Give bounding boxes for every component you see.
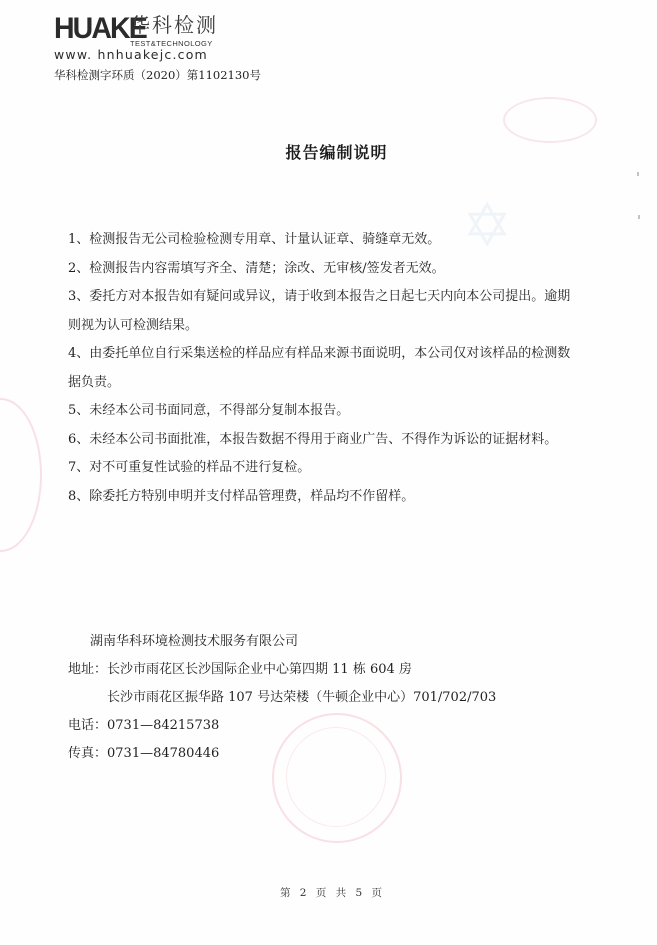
address-line-2: 长沙市雨花区振华路 107 号达荣楼（牛顿企业中心）701/702/703 [68, 684, 608, 712]
list-item: 3、委托方对本报告如有疑问或异议，请于收到本报告之日起七天内向本公司提出。逾期则… [68, 283, 588, 340]
address-line-1: 长沙市雨花区长沙国际企业中心第四期 11 栋 604 房 [107, 662, 412, 677]
list-item-text: 6、未经本公司书面批准，本报告数据不得用于商业广告、不得作为诉讼的证据材料。 [68, 432, 557, 447]
phone-label: 电话： [68, 718, 107, 733]
edge-speck [638, 215, 640, 219]
list-item-text: 7、对不可重复性试验的样品不进行复检。 [68, 460, 310, 475]
company-name: 湖南华科环境检测技术服务有限公司 [68, 628, 608, 656]
list-item: 5、未经本公司书面同意，不得部分复制本报告。 [68, 397, 588, 426]
list-item: 1、检测报告无公司检验检测专用章、计量认证章、骑缝章无效。 [68, 226, 588, 255]
phone-number: 0731—84215738 [107, 718, 219, 733]
fax-row: 传真：0731—84780446 [68, 740, 608, 768]
phone-row: 电话：0731—84215738 [68, 712, 608, 740]
company-website: www. hnhuakejc.com [54, 47, 208, 62]
report-notes-list: 1、检测报告无公司检验检测专用章、计量认证章、骑缝章无效。 2、检测报告内容需填… [68, 226, 588, 511]
document-number: 华科检测字环质（2020）第1102130号 [54, 67, 261, 83]
document-page: ✡ HUAKE 华科检测 TEST&TECHNOLOGY www. hnhuak… [0, 0, 657, 945]
list-item-text: 3、委托方对本报告如有疑问或异议，请于收到本报告之日起七天内向本公司提出。逾期 [68, 289, 570, 304]
list-item-text: 1、检测报告无公司检验检测专用章、计量认证章、骑缝章无效。 [68, 232, 440, 247]
list-item: 8、除委托方特别申明并支付样品管理费，样品均不作留样。 [68, 483, 588, 512]
faint-red-seal-left [0, 398, 42, 552]
page-number: 第 2 页 共 5 页 [0, 885, 657, 900]
list-item-continuation: 则视为认可检测结果。 [68, 312, 588, 341]
address-label: 地址： [68, 662, 107, 677]
list-item-text: 8、除委托方特别申明并支付样品管理费，样品均不作留样。 [68, 489, 414, 504]
list-item-text: 5、未经本公司书面同意，不得部分复制本报告。 [68, 403, 349, 418]
list-item-continuation: 据负责。 [68, 369, 588, 398]
address-row: 地址：长沙市雨花区长沙国际企业中心第四期 11 栋 604 房 [68, 656, 608, 684]
list-item: 7、对不可重复性试验的样品不进行复检。 [68, 454, 588, 483]
list-item: 2、检测报告内容需填写齐全、清楚；涂改、无审核/签发者无效。 [68, 255, 588, 284]
list-item-text: 4、由委托单位自行采集送检的样品应有样品来源书面说明，本公司仅对该样品的检测数 [68, 346, 570, 361]
list-item: 4、由委托单位自行采集送检的样品应有样品来源书面说明，本公司仅对该样品的检测数据… [68, 340, 588, 397]
logo-chinese-name: 华科检测 [130, 12, 218, 38]
edge-speck [637, 172, 639, 176]
page-title: 报告编制说明 [0, 140, 657, 163]
fax-number: 0731—84780446 [107, 746, 219, 761]
fax-label: 传真： [68, 746, 107, 761]
company-contact-block: 湖南华科环境检测技术服务有限公司 地址：长沙市雨花区长沙国际企业中心第四期 11… [68, 628, 608, 768]
list-item: 6、未经本公司书面批准，本报告数据不得用于商业广告、不得作为诉讼的证据材料。 [68, 426, 588, 455]
list-item-text: 2、检测报告内容需填写齐全、清楚；涂改、无审核/签发者无效。 [68, 261, 445, 276]
faint-cma-stamp-shadow [503, 97, 597, 143]
